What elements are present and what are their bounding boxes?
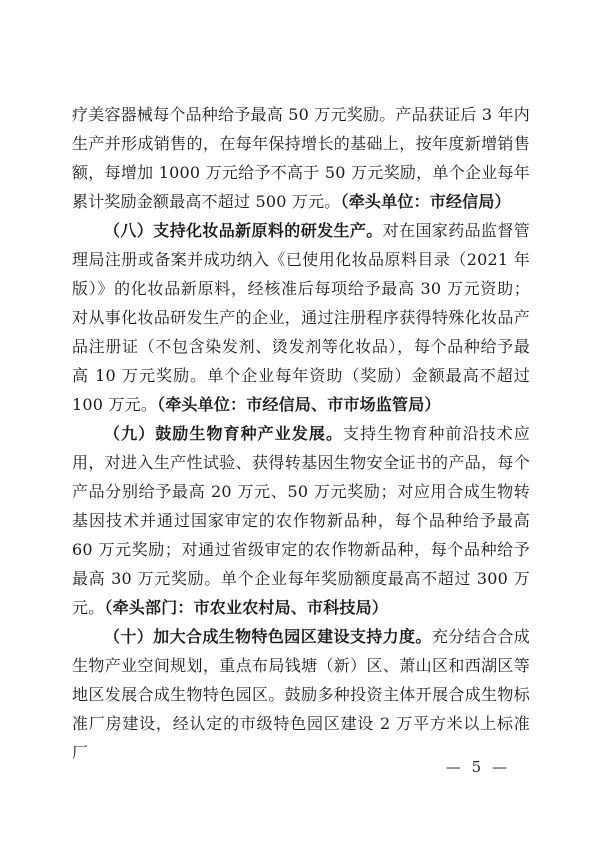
- paragraph: （九）鼓励生物育种产业发展。支持生物育种前沿技术应用，对进入生产性试验、获得转基…: [72, 419, 530, 622]
- document-page: 疗美容器械每个品种给予最高 50 万元奖励。产品获证后 3 年内生产并形成销售的…: [0, 0, 600, 848]
- text-segment: 充分结合合成生物产业空间规划，重点布局钱塘（新）区、萧山区和西湖区等地区发展合成…: [72, 627, 530, 762]
- bold-text-segment: （十）加大合成生物特色园区建设支持力度。: [104, 627, 432, 646]
- bold-text-segment: （牵头单位：市经信局）: [341, 192, 511, 211]
- paragraph: 疗美容器械每个品种给予最高 50 万元奖励。产品获证后 3 年内生产并形成销售的…: [72, 100, 530, 216]
- bold-text-segment: （八）支持化妆品新原料的研发生产。: [104, 221, 383, 240]
- paragraph: （八）支持化妆品新原料的研发生产。对在国家药品监督管理局注册或备案并成功纳入《已…: [72, 216, 530, 419]
- document-body: 疗美容器械每个品种给予最高 50 万元奖励。产品获证后 3 年内生产并形成销售的…: [72, 100, 530, 767]
- bold-text-segment: （九）鼓励生物育种产业发展。: [104, 424, 343, 443]
- text-segment: 对在国家药品监督管理局注册或备案并成功纳入《已使用化妆品原料目录（2021 年版…: [72, 221, 530, 414]
- bold-text-segment: （牵头单位：市经信局、市市场监管局）: [157, 395, 441, 414]
- text-segment: 支持生物育种前沿技术应用，对进入生产性试验、获得转基因生物安全证书的产品，每个产…: [72, 424, 530, 617]
- paragraph: （十）加大合成生物特色园区建设支持力度。充分结合合成生物产业空间规划，重点布局钱…: [72, 622, 530, 767]
- bold-text-segment: （牵头部门：市农业农村局、市科技局）: [104, 598, 388, 617]
- page-number: — 5 —: [446, 758, 510, 776]
